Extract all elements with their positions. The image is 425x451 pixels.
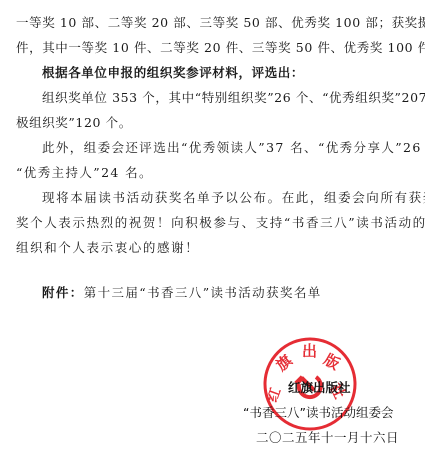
svg-text:版: 版 (321, 350, 343, 373)
paragraph-3-line-2: 极组织奖”120 个。 (16, 115, 132, 131)
attachment-label: 附件： (42, 285, 84, 300)
paragraph-3-line-1: 组织奖单位 353 个，其中“特别组织奖”26 个、“优秀组织奖”207 个、“… (42, 90, 425, 106)
paragraph-5-line-2: 奖个人表示热烈的祝贺！向积极参与、支持“书香三八”读书活动的单位、 (16, 215, 425, 231)
signature-org-publisher: 红旗出版社 (288, 380, 351, 396)
attachment-line: 附件：第十三届“书香三八”读书活动获奖名单 (42, 285, 322, 301)
signature-date: 二〇二五年十一月十六日 (256, 430, 399, 446)
paragraph-1-line-2: 件，其中一等奖 10 件、二等奖 20 件、三等奖 50 件、优秀奖 100 件… (16, 40, 425, 56)
paragraph-4-line-2: “优秀主持人”24 名。 (16, 165, 153, 181)
paragraph-5-line-1: 现将本届读书活动获奖名单予以公布。在此，组委会向所有获奖单位、获 (42, 190, 425, 206)
svg-text:出: 出 (302, 342, 317, 360)
paragraph-4-line-1: 此外，组委会还评选出“优秀领读人”37 名、“优秀分享人”26 名、 (42, 140, 425, 156)
attachment-text: 第十三届“书香三八”读书活动获奖名单 (84, 285, 322, 300)
paragraph-2-line-1: 根据各单位申报的组织奖参评材料，评选出： (42, 65, 304, 81)
signature-org-committee: “书香三八”读书活动组委会 (243, 405, 393, 421)
paragraph-1-line-1: 一等奖 10 部、二等奖 20 部、三等奖 50 部、优秀奖 100 部；获奖摄… (16, 15, 425, 31)
paragraph-5-line-3: 组织和个人表示衷心的感谢！ (16, 240, 199, 256)
